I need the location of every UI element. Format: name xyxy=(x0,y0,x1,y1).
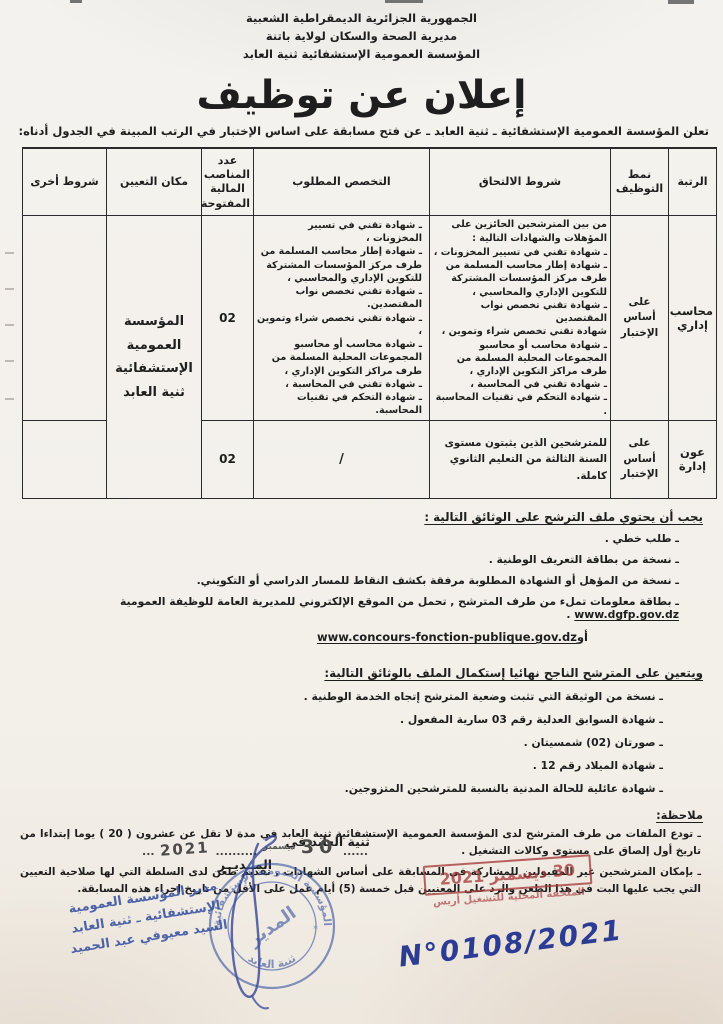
scan-artifact xyxy=(70,0,82,3)
column-header-conditions: شروط الالتحاق xyxy=(430,148,611,216)
round-stamp-center-text: المدير xyxy=(244,903,301,951)
doc-item-with-url: ـ بطاقة معلومات تملء من طرف المترشح , تح… xyxy=(20,595,679,621)
doc-item: ـ صورتان (02) شمسيتان . xyxy=(20,736,663,749)
or-label: أو xyxy=(577,630,588,644)
stamp-star-right: * xyxy=(313,924,318,935)
section-heading: ويتعين على المترشح الناجح نهائيا إستكمال… xyxy=(20,666,703,680)
positions-count-cell: 02 xyxy=(202,420,254,498)
director-stamp-line: الإستشفائية ـ ثنية العابد xyxy=(36,891,256,945)
rank-cell: عون إدارة xyxy=(669,420,717,498)
doc-item: ـ شهادة السوابق العدلية رقم 03 سارية الم… xyxy=(20,713,663,726)
scan-artifact xyxy=(5,288,14,290)
section-heading: يجب أن يحتوي ملف الترشح على الوثائق التا… xyxy=(20,510,703,524)
condition-item: ـ شهادة تقني في تسيير المخزونات ، xyxy=(433,246,607,259)
column-header-location: مكان التعيين xyxy=(107,148,202,216)
scan-artifact xyxy=(5,398,14,400)
scan-artifact xyxy=(5,360,14,362)
condition-item: شهادة تقني تخصص شراء وتموين ، xyxy=(433,325,607,338)
positions-table: الرتبة نمط التوظيف شروط الالتحاق التخصص … xyxy=(22,147,717,499)
scan-artifact xyxy=(668,0,694,4)
doc-item: ـ نسخة من الوثيقة التي تثبت وضعية المترش… xyxy=(20,690,663,703)
specialty-item: ـ شهادة تقني تخصص شراء وتموين ، xyxy=(257,312,426,338)
mode-cell: على أساس الإختبار xyxy=(611,216,669,421)
condition-item: ـ شهادة تقني في المحاسبة ، xyxy=(433,378,607,391)
final-documents-section: ويتعين على المترشح الناجح نهائيا إستكمال… xyxy=(20,666,703,795)
alternate-url-line: www.concours-fonction-publique.gov.dzأو xyxy=(20,630,588,644)
mode-cell: على أساس الإختبار xyxy=(611,420,669,498)
note-heading: ملاحظة: xyxy=(20,808,703,822)
positions-count-cell: 02 xyxy=(202,216,254,421)
specialty-cell: / xyxy=(254,420,430,498)
doc-item: ـ نسخة من بطاقة التعريف الوطنية . xyxy=(20,553,679,566)
director-stamp-line: السيد معيوفي عبد الحميد xyxy=(39,910,259,964)
doc-item: ـ طلب خطي . xyxy=(20,532,679,545)
doc-item: ـ نسخة من المؤهل أو الشهادة المطلوبة مرف… xyxy=(20,574,679,587)
republic-line: الجمهورية الجزائرية الديمقراطية الشعبية xyxy=(0,10,723,28)
scan-artifact xyxy=(385,0,423,3)
condition-item: ـ شهادة إطار محاسب المسلمة من طرف مركز ا… xyxy=(433,259,607,299)
dgfp-url: www.dgfp.gov.dz xyxy=(574,608,679,621)
stamp-star-left: * xyxy=(215,924,220,935)
concours-url: www.concours-fonction-publique.gov.dz xyxy=(317,630,577,644)
note-item: ـ تودع الملفات من طرف المترشح لدى المؤسس… xyxy=(20,826,701,860)
other-conditions-cell xyxy=(23,420,107,498)
other-conditions-cell xyxy=(23,216,107,421)
conditions-intro: من بين المترشحين الحائزين على المؤهلات و… xyxy=(433,218,607,244)
conditions-cell: من بين المترشحين الحائزين على المؤهلات و… xyxy=(430,216,611,421)
note-item: ـ بإمكان المترشحين غير المقبولين للمشارك… xyxy=(20,864,701,898)
column-header-other: شروط أخرى xyxy=(23,148,107,216)
scanned-job-announcement-document: الجمهورية الجزائرية الديمقراطية الشعبية … xyxy=(0,0,723,1024)
rank-cell: محاسب إداري xyxy=(669,216,717,421)
institution-line: المؤسسة العمومية الإستشفائية ثنية العابد xyxy=(0,46,723,64)
required-documents-section: يجب أن يحتوي ملف الترشح على الوثائق التا… xyxy=(20,510,703,644)
specialty-item: ـ شهادة محاسب أو محاسبو المجموعات المحلي… xyxy=(257,338,426,378)
document-title: إعلان عن توظيف xyxy=(0,73,723,118)
note-section: ملاحظة: ـ تودع الملفات من طرف المترشح لد… xyxy=(20,808,703,899)
announcement-intro: تعلن المؤسسة العمومية الإستشفائية ـ ثنية… xyxy=(0,124,709,138)
directorate-line: مديرية الصحة والسكان لولاية باتنة xyxy=(0,28,723,46)
doc-item-text: ـ بطاقة معلومات تملء من طرف المترشح , تح… xyxy=(120,595,679,608)
doc-item: ـ شهادة عائلية للحالة المدنية بالنسبة لل… xyxy=(20,782,663,795)
table-row: محاسب إداري على أساس الإختبار من بين الم… xyxy=(23,216,717,421)
assignment-location-cell: المؤسسة العمومية الإستشفائية ثنية العابد xyxy=(107,216,202,499)
condition-item: ـ شهادة التحكم في تقنيات المحاسبة . xyxy=(433,391,607,417)
specialty-item: ـ شهادة التحكم في تقنيات المحاسبة. xyxy=(257,391,426,417)
column-header-rank: الرتبة xyxy=(669,148,717,216)
doc-item: ـ شهادة الميلاد رقم 12 . xyxy=(20,759,663,772)
specialty-item: ـ شهادة تقني في تسيير المخزونات ، xyxy=(257,219,426,245)
scan-artifact xyxy=(5,252,14,254)
column-header-positions: عدد المناصب المالية المفتوحة xyxy=(202,148,254,216)
column-header-specialty: التخصص المطلوب xyxy=(254,148,430,216)
handwritten-reference-number: N°0108/2021 xyxy=(397,913,625,973)
condition-item: ـ شهادة تقني تخصص نواب المقتصدين xyxy=(433,299,607,325)
svg-text:ثنية العابد: ثنية العابد xyxy=(246,952,298,971)
government-header: الجمهورية الجزائرية الديمقراطية الشعبية … xyxy=(0,0,723,63)
table-header-row: الرتبة نمط التوظيف شروط الالتحاق التخصص … xyxy=(23,148,717,216)
column-header-mode: نمط التوظيف xyxy=(611,148,669,216)
scan-artifact xyxy=(5,324,14,326)
condition-item: ـ شهادة محاسب أو محاسبو المجموعات المحلي… xyxy=(433,339,607,379)
specialty-cell: ـ شهادة تقني في تسيير المخزونات ، ـ شهاد… xyxy=(254,216,430,421)
round-stamp-arc-bottom-text: ثنية العابد xyxy=(246,952,298,971)
specialty-item: ـ شهادة تقني تخصص نواب المقتصدين. xyxy=(257,285,426,311)
specialty-item: ـ شهادة إطار محاسب المسلمة من طرف مركز ا… xyxy=(257,245,426,285)
specialty-item: ـ شهادة تقني في المحاسبة ، xyxy=(257,378,426,391)
conditions-cell: للمترشحين الذين يثبتون مستوى السنة الثال… xyxy=(430,420,611,498)
